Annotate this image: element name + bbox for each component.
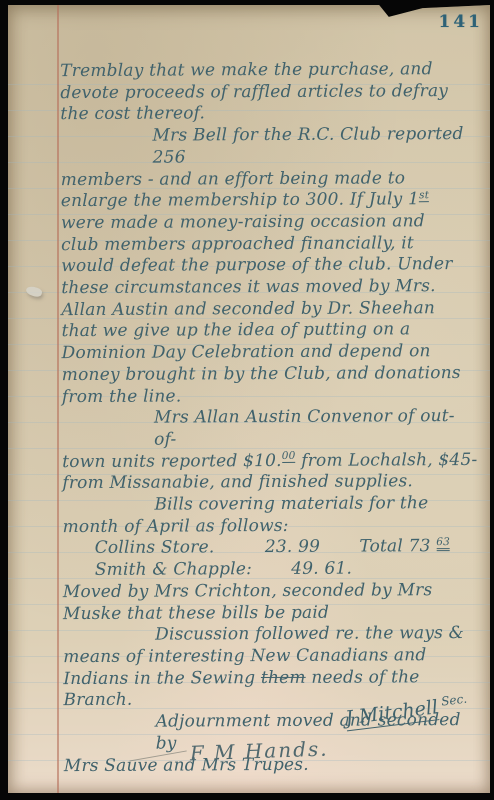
manuscript-segment: Tremblay that we make the purchase, and: [60, 59, 433, 81]
manuscript-line: Moved by Mrs Crichton, seconded by Mrs: [63, 580, 483, 604]
manuscript-segment: members - and an effort being made to: [61, 168, 406, 190]
paper-smudge: [25, 285, 43, 299]
manuscript-segment: money brought in by the Club, and donati…: [62, 363, 461, 385]
manuscript-line: Mrs Bell for the R.C. Club reported 256: [60, 124, 480, 170]
manuscript-line: club members approached financially, it: [61, 233, 481, 257]
manuscript-segment: these circumstances it was moved by Mrs.: [61, 276, 436, 298]
manuscript-line: town units reported $10.00 from Lochalsh…: [62, 450, 482, 474]
manuscript-lines: Tremblay that we make the purchase, andd…: [60, 59, 484, 777]
scanned-page: 141 Tremblay that we make the purchase, …: [0, 0, 494, 800]
manuscript-segment: Muske that these bills be paid: [63, 602, 329, 623]
manuscript-line: Indians in the Sewing them needs of the: [63, 667, 483, 691]
manuscript-segment: means of interesting New Canadians and: [63, 645, 426, 667]
manuscript-line: Dominion Day Celebration and depend on: [62, 341, 482, 365]
manuscript-line: that we give up the idea of putting on a: [61, 319, 481, 343]
manuscript-segment: would defeat the purpose of the club. Un…: [61, 254, 452, 276]
manuscript-segment: Branch.: [63, 690, 132, 710]
manuscript-line: Allan Austin and seconded by Dr. Sheehan: [61, 298, 481, 322]
manuscript-segment: st: [419, 189, 429, 202]
manuscript-segment: Mrs Allan Austin Convenor of out- of-: [154, 406, 460, 449]
manuscript-line: these circumstances it was moved by Mrs.: [61, 276, 481, 300]
manuscript-segment: from Missanabie, and finished supplies.: [62, 472, 413, 494]
manuscript-segment: Mrs Bell for the R.C. Club reported 256: [152, 124, 469, 167]
manuscript-segment: Indians in the Sewing: [63, 668, 261, 689]
manuscript-segment: 00: [282, 450, 296, 463]
manuscript-line: Smith & Chapple: 49. 61.: [63, 558, 483, 582]
manuscript-line: money brought in by the Club, and donati…: [62, 363, 482, 387]
manuscript-segment: were made a money-raising occasion and: [61, 211, 425, 233]
manuscript-segment: Allan Austin and seconded by Dr. Sheehan: [61, 298, 435, 320]
manuscript-line: Muske that these bills be paid: [63, 601, 483, 625]
page-number: 141: [439, 12, 484, 32]
manuscript-segment: enlarge the membership to 300. If July 1: [61, 189, 419, 211]
manuscript-segment: Bills covering materials for the: [154, 493, 428, 514]
manuscript-segment: town units reported $10.: [62, 451, 282, 472]
manuscript-line: from the line.: [62, 384, 482, 408]
manuscript-line: Discussion followed re. the ways &: [63, 623, 483, 647]
manuscript-segment: club members approached financially, it: [61, 233, 414, 255]
paper: 141 Tremblay that we make the purchase, …: [8, 5, 490, 793]
manuscript-line: devote proceeds of raffled articles to d…: [60, 81, 480, 105]
manuscript-segment: from Lochalsh, $45-: [296, 450, 478, 471]
manuscript-segment: 63: [436, 536, 450, 551]
manuscript-segment: Collins Store. 23. 99 Total 73: [95, 537, 437, 559]
manuscript-line: members - and an effort being made to: [61, 167, 481, 191]
manuscript-line: means of interesting New Canadians and: [63, 645, 483, 669]
margin-line: [57, 5, 59, 793]
manuscript-line: Collins Store. 23. 99 Total 73 63: [63, 536, 483, 560]
manuscript-segment: Discussion followed re. the ways &: [155, 623, 464, 645]
manuscript-line: were made a money-raising occasion and: [61, 211, 481, 235]
manuscript-line: would defeat the purpose of the club. Un…: [61, 254, 481, 278]
manuscript-segment: Smith & Chapple: 49. 61.: [95, 559, 352, 580]
manuscript-segment: devote proceeds of raffled articles to d…: [60, 81, 448, 103]
clerk-signature-name: F M Hands.: [189, 737, 329, 766]
manuscript-segment: needs of the: [306, 667, 420, 688]
manuscript-line: Mrs Allan Austin Convenor of out- of-: [62, 406, 482, 452]
manuscript-line: from Missanabie, and finished supplies.: [62, 471, 482, 495]
signature-flourish: [130, 750, 187, 761]
manuscript-line: enlarge the membership to 300. If July 1…: [61, 189, 481, 213]
manuscript-segment: Moved by Mrs Crichton, seconded by Mrs: [63, 580, 433, 602]
manuscript-segment: Dominion Day Celebration and depend on: [62, 341, 431, 363]
manuscript-segment: them: [261, 668, 306, 688]
manuscript-line: Tremblay that we make the purchase, and: [60, 59, 480, 83]
manuscript-segment: month of April as follows:: [63, 516, 289, 537]
manuscript-segment: that we give up the idea of putting on a: [61, 320, 410, 342]
secretary-signature-title: Sec.: [440, 692, 467, 709]
manuscript-line: the cost thereof.: [60, 102, 480, 126]
manuscript-line: Bills covering materials for the: [62, 493, 482, 517]
manuscript-segment: the cost thereof.: [60, 104, 205, 125]
manuscript-segment: from the line.: [62, 386, 182, 407]
manuscript-line: month of April as follows:: [63, 515, 483, 539]
